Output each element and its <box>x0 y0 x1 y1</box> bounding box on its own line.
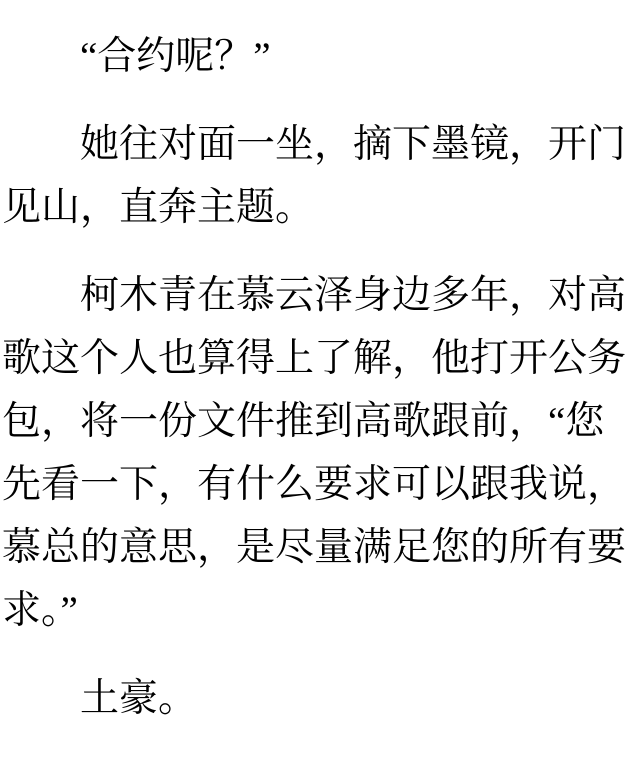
paragraph-narration-kemuqing: 柯木青在慕云泽身边多年，对高歌这个人也算得上了解，他打开公务包，将一份文件推到高… <box>2 264 638 642</box>
paragraph-narration-sit-down: 她往对面一坐，摘下墨镜，开门见山，直奔主题。 <box>2 113 638 239</box>
reader-page[interactable]: “合约呢？” 她往对面一坐，摘下墨镜，开门见山，直奔主题。 柯木青在慕云泽身边多… <box>0 0 640 760</box>
paragraph-narration-tuhao: 土豪。 <box>2 667 638 730</box>
paragraph-dialogue-contract: “合约呢？” <box>2 25 638 88</box>
